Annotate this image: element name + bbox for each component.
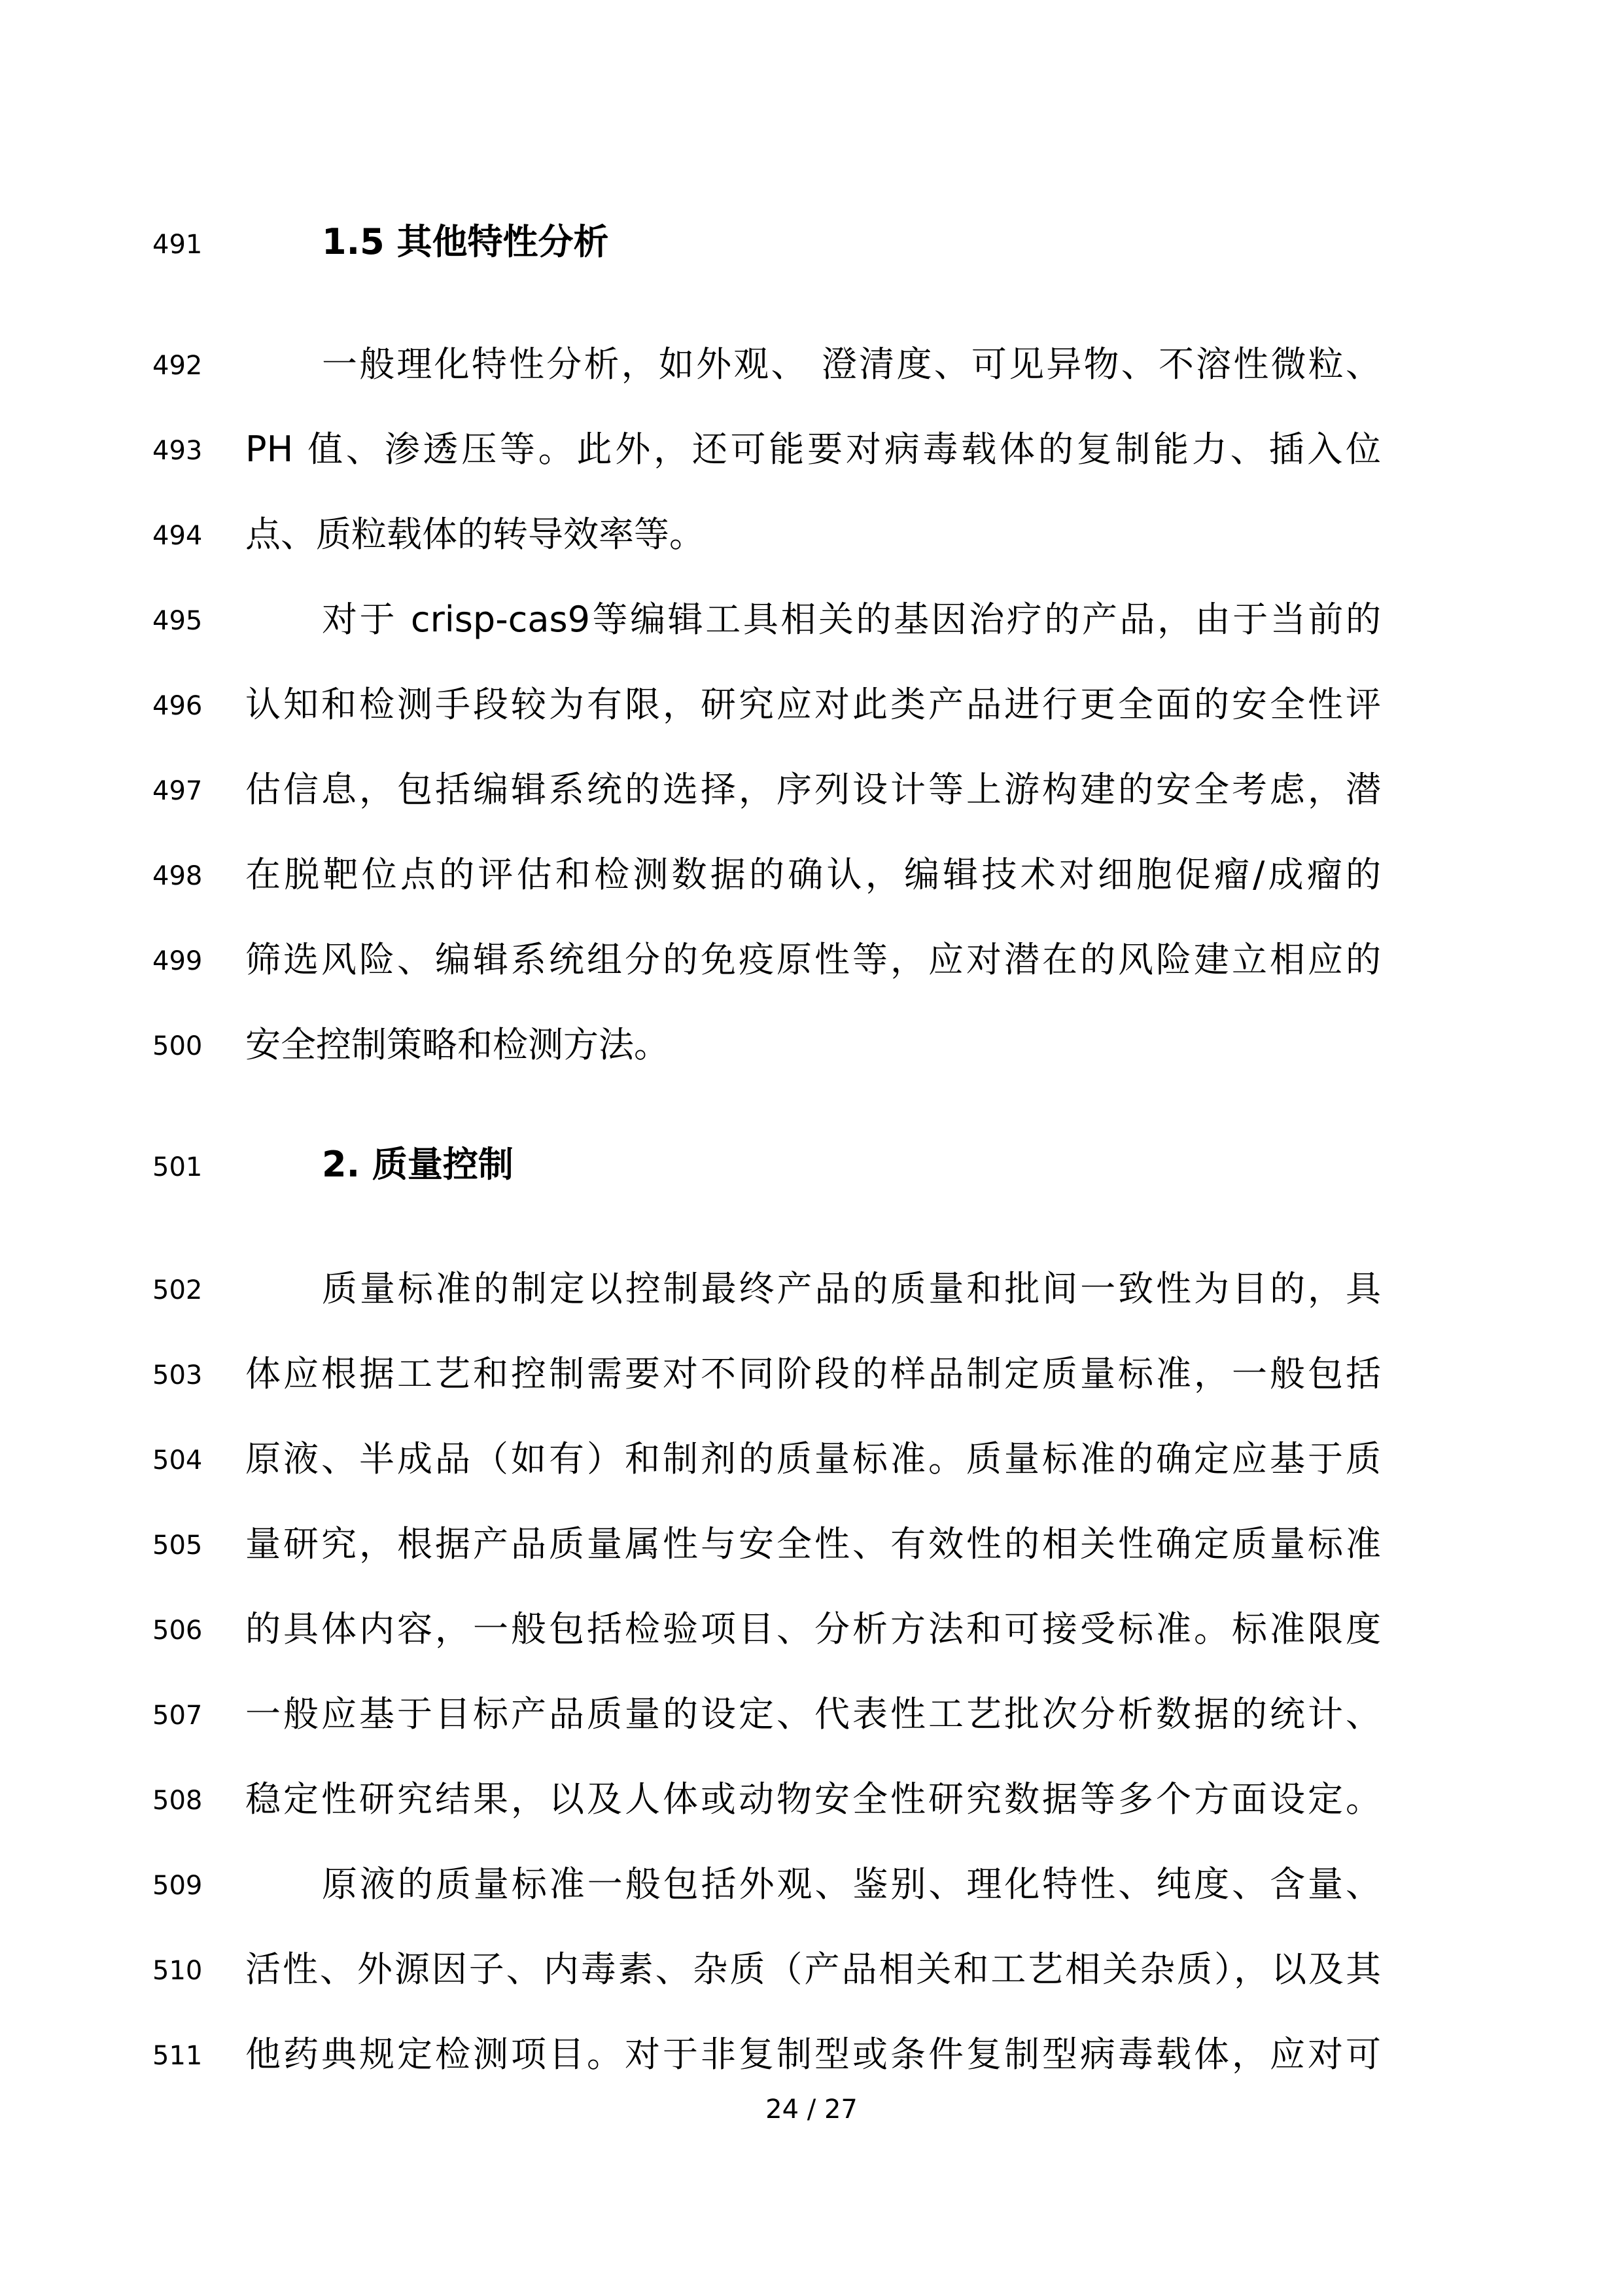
paragraph-line: 量研究，根据产品质量属性与安全性、有效性的相关性确定质量标准 <box>245 1523 1381 1565</box>
line-number: 497 <box>152 775 202 807</box>
paragraph-line: 估信息，包括编辑系统的选择，序列设计等上游构建的安全考虑，潜 <box>245 769 1381 811</box>
line-498: 498 在脱靶位点的评估和检测数据的确认，编辑技术对细胞促瘤/成瘤的 <box>0 860 1623 913</box>
paragraph-line: PH 值、渗透压等。此外，还可能要对病毒载体的复制能力、插入位 <box>245 429 1381 470</box>
line-number: 498 <box>152 860 202 892</box>
line-505: 505 量研究，根据产品质量属性与安全性、有效性的相关性确定质量标准 <box>0 1530 1623 1582</box>
line-507: 507 一般应基于目标产品质量的设定、代表性工艺批次分析数据的统计、 <box>0 1700 1623 1752</box>
line-number: 507 <box>152 1700 202 1731</box>
line-number: 491 <box>152 229 202 260</box>
line-number: 506 <box>152 1615 202 1646</box>
paragraph-line: 的具体内容，一般包括检验项目、分析方法和可接受标准。标准限度 <box>245 1608 1381 1650</box>
line-number: 509 <box>152 1870 202 1901</box>
line-499: 499 筛选风险、编辑系统组分的免疫原性等，应对潜在的风险建立相应的 <box>0 945 1623 998</box>
section-heading-2: 2. 质量控制 <box>322 1144 514 1186</box>
line-number: 494 <box>152 520 202 552</box>
line-508: 508 稳定性研究结果，以及人体或动物安全性研究数据等多个方面设定。 <box>0 1785 1623 1837</box>
line-496: 496 认知和检测手段较为有限，研究应对此类产品进行更全面的安全性评 <box>0 690 1623 743</box>
page-indicator: 24 / 27 <box>0 2094 1623 2125</box>
paragraph-line: 稳定性研究结果，以及人体或动物安全性研究数据等多个方面设定。 <box>245 1778 1381 1820</box>
line-509: 509 原液的质量标准一般包括外观、鉴别、理化特性、纯度、含量、 <box>0 1870 1623 1922</box>
line-number: 504 <box>152 1445 202 1476</box>
line-500: 500 安全控制策略和检测方法。 <box>0 1031 1623 1083</box>
line-501: 501 2. 质量控制 <box>0 1152 1623 1204</box>
line-number: 511 <box>152 2040 202 2072</box>
line-493: 493 PH 值、渗透压等。此外，还可能要对病毒载体的复制能力、插入位 <box>0 435 1623 487</box>
line-number: 493 <box>152 435 202 467</box>
line-number: 508 <box>152 1785 202 1816</box>
line-503: 503 体应根据工艺和控制需要对不同阶段的样品制定质量标准，一般包括 <box>0 1360 1623 1412</box>
paragraph-line: 质量标准的制定以控制最终产品的质量和批间一致性为目的，具 <box>322 1268 1381 1310</box>
line-506: 506 的具体内容，一般包括检验项目、分析方法和可接受标准。标准限度 <box>0 1615 1623 1667</box>
section-heading-1-5: 1.5 其他特性分析 <box>322 221 608 263</box>
paragraph-line: 他药典规定检测项目。对于非复制型或条件复制型病毒载体，应对可 <box>245 2034 1381 2075</box>
line-497: 497 估信息，包括编辑系统的选择，序列设计等上游构建的安全考虑，潜 <box>0 775 1623 828</box>
paragraph-line: 筛选风险、编辑系统组分的免疫原性等，应对潜在的风险建立相应的 <box>245 939 1381 981</box>
line-491: 491 1.5 其他特性分析 <box>0 229 1623 281</box>
line-number: 495 <box>152 605 202 637</box>
line-495: 495 对于 crisp-cas9等编辑工具相关的基因治疗的产品，由于当前的 <box>0 605 1623 658</box>
line-number: 499 <box>152 945 202 977</box>
line-number: 502 <box>152 1275 202 1306</box>
paragraph-line: 安全控制策略和检测方法。 <box>245 1024 1381 1066</box>
paragraph-line: 对于 crisp-cas9等编辑工具相关的基因治疗的产品，由于当前的 <box>322 599 1381 641</box>
paragraph-line: 原液的质量标准一般包括外观、鉴别、理化特性、纯度、含量、 <box>322 1863 1381 1905</box>
paragraph-line: 认知和检测手段较为有限，研究应对此类产品进行更全面的安全性评 <box>245 684 1381 726</box>
paragraph-line: 体应根据工艺和控制需要对不同阶段的样品制定质量标准，一般包括 <box>245 1353 1381 1395</box>
line-number: 501 <box>152 1152 202 1183</box>
document-page: 491 1.5 其他特性分析 492 一般理化特性分析，如外观、 澄清度、可见异… <box>0 0 1623 2296</box>
paragraph-line: 点、质粒载体的转导效率等。 <box>245 514 1381 556</box>
paragraph-line: 一般应基于目标产品质量的设定、代表性工艺批次分析数据的统计、 <box>245 1693 1381 1735</box>
line-502: 502 质量标准的制定以控制最终产品的质量和批间一致性为目的，具 <box>0 1275 1623 1327</box>
paragraph-line: 原液、半成品（如有）和制剂的质量标准。质量标准的确定应基于质 <box>245 1438 1381 1480</box>
line-number: 505 <box>152 1530 202 1561</box>
line-504: 504 原液、半成品（如有）和制剂的质量标准。质量标准的确定应基于质 <box>0 1445 1623 1497</box>
line-number: 503 <box>152 1360 202 1391</box>
line-number: 492 <box>152 350 202 381</box>
line-511: 511 他药典规定检测项目。对于非复制型或条件复制型病毒载体，应对可 <box>0 2040 1623 2093</box>
line-number: 500 <box>152 1031 202 1062</box>
paragraph-line: 一般理化特性分析，如外观、 澄清度、可见异物、不溶性微粒、 <box>322 344 1381 385</box>
line-492: 492 一般理化特性分析，如外观、 澄清度、可见异物、不溶性微粒、 <box>0 350 1623 402</box>
line-number: 496 <box>152 690 202 722</box>
paragraph-line: 在脱靶位点的评估和检测数据的确认，编辑技术对细胞促瘤/成瘤的 <box>245 854 1381 896</box>
line-number: 510 <box>152 1955 202 1987</box>
line-494: 494 点、质粒载体的转导效率等。 <box>0 520 1623 573</box>
paragraph-line: 活性、外源因子、内毒素、杂质（产品相关和工艺相关杂质），以及其 <box>245 1949 1381 1990</box>
line-510: 510 活性、外源因子、内毒素、杂质（产品相关和工艺相关杂质），以及其 <box>0 1955 1623 2007</box>
